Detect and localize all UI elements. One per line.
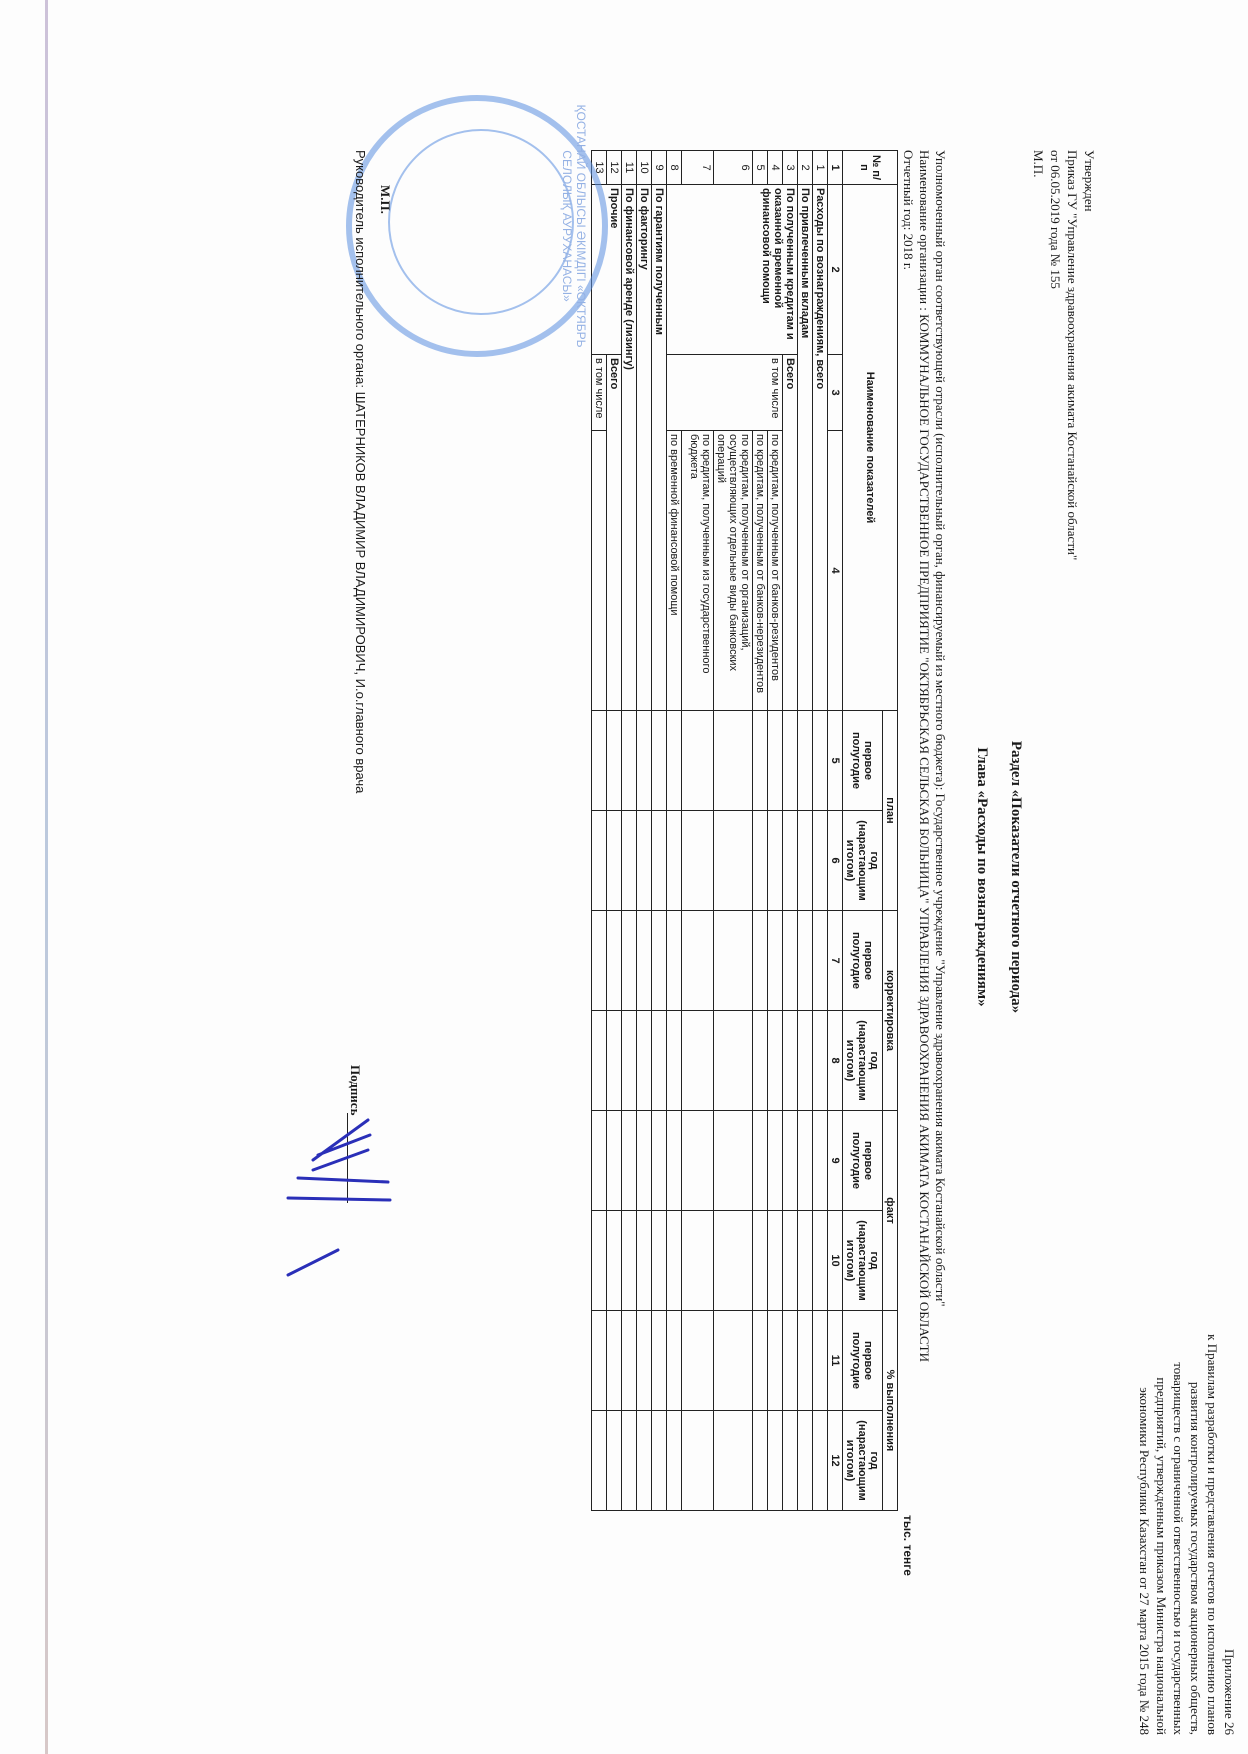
col-num: 1 bbox=[828, 151, 843, 185]
section-title: Раздел «Показатели отчетного периода» bbox=[999, 0, 1033, 1754]
table-row: 9По гарантиям полученным bbox=[652, 151, 667, 1511]
row-label: по кредитам, полученным от организаций, … bbox=[714, 431, 753, 711]
header-name: Наименование показателей bbox=[843, 185, 898, 711]
appendix-line: товариществ с ограниченной ответственнос… bbox=[1170, 1235, 1187, 1735]
appendix-title: Приложение 26 bbox=[1221, 1235, 1238, 1735]
unit-label: тыс. тенге bbox=[901, 1515, 915, 1576]
chapter-title: Глава «Расходы по вознаграждениям» bbox=[965, 0, 999, 1754]
header-year: год (нарастающим итогом) bbox=[843, 811, 883, 911]
table-row: 13 в том числе bbox=[592, 151, 607, 1511]
header-num: № п/п bbox=[843, 151, 898, 185]
header-half: первое полугодие bbox=[843, 711, 883, 811]
header-half: первое полугодие bbox=[843, 1111, 883, 1211]
col-num: 2 bbox=[828, 185, 843, 355]
footer-head: Руководитель исполнительного органа: ШАТ… bbox=[353, 150, 368, 793]
appendix-line: предприятий, утвержденным приказом Минис… bbox=[1153, 1235, 1170, 1735]
header-fact: факт bbox=[883, 1111, 898, 1311]
row-label: Расходы по вознаграждениям, всего bbox=[813, 185, 828, 711]
row-label: По факторингу bbox=[637, 185, 652, 711]
col-num: 6 bbox=[828, 811, 843, 911]
header-year: год (нарастающим итогом) bbox=[843, 1411, 883, 1511]
row-sublabel: Всего bbox=[783, 355, 798, 711]
col-num: 5 bbox=[828, 711, 843, 811]
official-stamp: ҚОСТАНАЙ ОБЛЫСЫ ӘКІМДІГІ «ОКТЯБРЬ СЕЛОЛЫ… bbox=[346, 95, 608, 357]
meta-block: Уполномоченный орган соответствующей отр… bbox=[900, 150, 948, 1362]
header-half: первое полугодие bbox=[843, 1311, 883, 1411]
approved-date: от 06.05.2019 года № 155 bbox=[1047, 150, 1064, 560]
table-row: 3 По полученным кредитам и оказанной вре… bbox=[783, 151, 798, 1511]
approved-order: Приказ ГУ "Управление здравоохранения ак… bbox=[1064, 150, 1081, 560]
document-page: Утвержден Приказ ГУ "Управление здравоох… bbox=[0, 0, 1248, 1754]
appendix-line: к Правилам разработки и представления от… bbox=[1204, 1235, 1221, 1735]
appendix-line: экономики Республики Казахстан от 27 мар… bbox=[1136, 1235, 1153, 1735]
header-percent: % выполнения bbox=[883, 1311, 898, 1511]
year-line: Отчетный год: 2018 г. bbox=[900, 150, 916, 1362]
header-year: год (нарастающим итогом) bbox=[843, 1011, 883, 1111]
col-num: 3 bbox=[828, 355, 843, 431]
table-row: 1Расходы по вознаграждениям, всего bbox=[813, 151, 828, 1511]
col-num: 9 bbox=[828, 1111, 843, 1211]
appendix-block: Приложение 26 к Правилам разработки и пр… bbox=[1136, 1235, 1238, 1735]
footer-mp: М.П. bbox=[377, 185, 393, 214]
col-num: 12 bbox=[828, 1411, 843, 1511]
header-year: год (нарастающим итогом) bbox=[843, 1211, 883, 1311]
col-num: 11 bbox=[828, 1311, 843, 1411]
stamp-text: ҚОСТАНАЙ ОБЛЫСЫ ӘКІМДІГІ «ОКТЯБРЬ СЕЛОЛЫ… bbox=[560, 101, 588, 351]
column-numbers-row: 1 2 3 4 5 6 7 8 9 10 11 12 bbox=[828, 151, 843, 1511]
row-label: По финансовой аренде (лизингу) bbox=[622, 185, 637, 711]
row-label: По привлеченным вкладам bbox=[798, 185, 813, 711]
header-plan: план bbox=[883, 711, 898, 911]
organization-line: Наименование организации : КОММУНАЛЬНОЕ … bbox=[916, 150, 932, 1362]
row-sublabel: в том числе bbox=[592, 355, 607, 431]
authority-line: Уполномоченный орган соответствующей отр… bbox=[932, 150, 948, 1362]
col-num: 10 bbox=[828, 1211, 843, 1311]
col-num: 8 bbox=[828, 1011, 843, 1111]
row-label: по кредитам, полученным от банков-резиде… bbox=[768, 431, 783, 711]
table-row: 11По финансовой аренде (лизингу) bbox=[622, 151, 637, 1511]
table-row: 12 Прочие Всего bbox=[607, 151, 622, 1511]
header-correction: корректировка bbox=[883, 911, 898, 1111]
table-row: 10По факторингу bbox=[637, 151, 652, 1511]
rewards-table: № п/п Наименование показателей план корр… bbox=[591, 150, 898, 1511]
approval-block: Утвержден Приказ ГУ "Управление здравоох… bbox=[1030, 150, 1098, 560]
stamp-emblem bbox=[388, 129, 574, 315]
titles: Раздел «Показатели отчетного периода» Гл… bbox=[965, 0, 1033, 1754]
table-row: 2По привлеченным вкладам bbox=[798, 151, 813, 1511]
appendix-line: развития контролируемых государством акц… bbox=[1187, 1235, 1204, 1735]
signature-icon bbox=[278, 1100, 408, 1290]
col-num: 7 bbox=[828, 911, 843, 1011]
col-num: 4 bbox=[828, 431, 843, 711]
row-label: По гарантиям полученным bbox=[652, 185, 667, 711]
row-sublabel: в том числе bbox=[667, 355, 783, 431]
approved-label: Утвержден bbox=[1081, 150, 1098, 560]
row-label: по временной финансовой помощи bbox=[667, 431, 682, 711]
row-sublabel: Всего bbox=[607, 355, 622, 711]
row-label: по кредитам, полученным из государственн… bbox=[682, 431, 714, 711]
table-row: 4 в том числе по кредитам, полученным от… bbox=[768, 151, 783, 1511]
header-half: первое полугодие bbox=[843, 911, 883, 1011]
row-label: по кредитам, полученным от банков-нерези… bbox=[753, 431, 768, 711]
row-label: По полученным кредитам и оказанной време… bbox=[667, 185, 798, 355]
scan-edge bbox=[45, 0, 48, 1754]
